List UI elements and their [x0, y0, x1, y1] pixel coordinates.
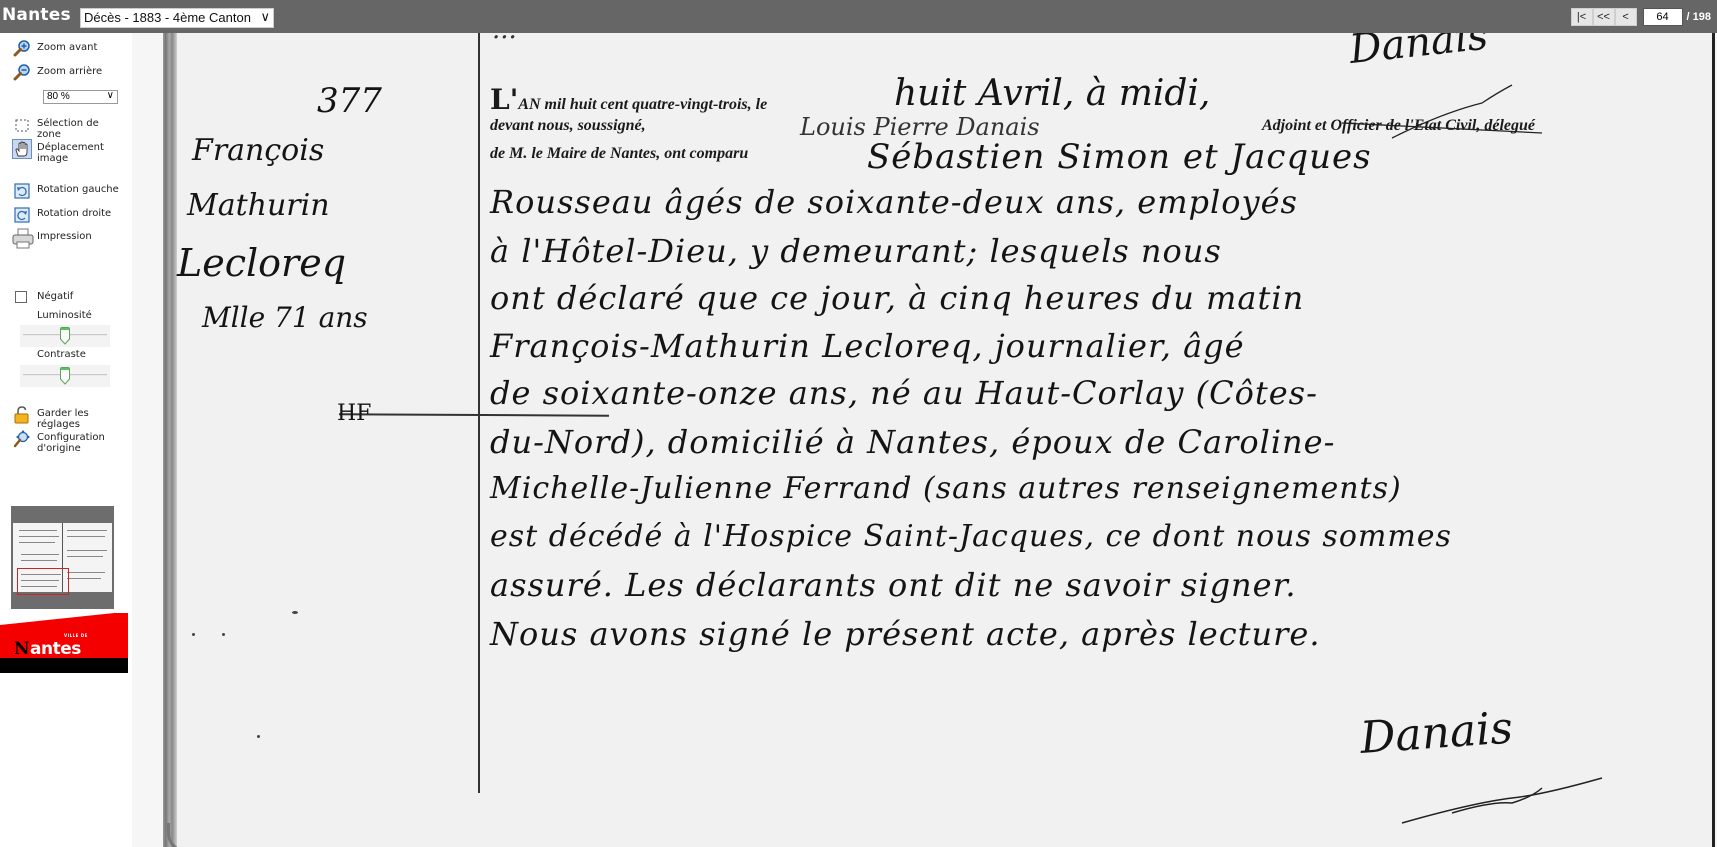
rotate-left-icon [12, 181, 32, 201]
thumbnail-text [19, 536, 59, 537]
deceased-second-name: Mathurin [187, 188, 330, 223]
first-page-button[interactable]: |< [1571, 8, 1593, 26]
deceased-first-name: François [192, 133, 324, 168]
margin-mark: HF [337, 401, 371, 426]
page-corner [167, 823, 207, 847]
brightness-slider[interactable] [20, 325, 110, 347]
print-tool[interactable]: Impression [12, 228, 92, 248]
selection-icon [12, 115, 32, 135]
act-line: assuré. Les déclarants ont dit ne savoir… [490, 566, 1297, 604]
top-bar: Nantes Décès - 1883 - 4ème Canton ∨ |< <… [0, 0, 1717, 33]
rotate-right-tool[interactable]: Rotation droite [12, 205, 111, 225]
hand-icon [12, 139, 32, 159]
act-line: Rousseau âgés de soixante-deux ans, empl… [490, 183, 1298, 221]
thumbnail-text [67, 530, 107, 531]
zoom-level-select[interactable]: 80 % ∨ [43, 90, 118, 104]
officer-signature: Danais [1358, 702, 1514, 764]
contrast-slider[interactable] [20, 365, 110, 387]
printed-line-3: de M. le Maire de Nantes, ont comparu [490, 145, 748, 163]
signature-flourish [1392, 773, 1612, 833]
logo-mark: N [14, 639, 25, 659]
printed-line-2: devant nous, soussigné, [490, 117, 646, 135]
page-total: / 198 [1683, 8, 1713, 26]
reset-zoom-icon [12, 429, 32, 449]
zoom-out-label: Zoom arrière [37, 63, 102, 77]
act-line: de soixante-onze ans, né au Haut-Corlay … [490, 374, 1318, 412]
ink-speck [292, 611, 298, 614]
reset-label: Configuration d'origine [37, 429, 117, 454]
thumbnail-text [67, 556, 103, 557]
act-line: François-Mathurin Lecloreq, journalier, … [490, 327, 1245, 365]
contrast-thumb[interactable] [60, 367, 70, 385]
zoom-in-label: Zoom avant [37, 39, 97, 53]
margin-rule [478, 33, 480, 793]
handwritten-date: huit Avril, à midi, [894, 73, 1210, 114]
deceased-surname: Lecloreq [177, 241, 346, 285]
act-line: Michelle-Julienne Ferrand (sans autres r… [490, 471, 1402, 506]
previous-act-fragment: ... [492, 33, 517, 45]
ville-de-nantes-logo: N VILLE DE antes [0, 613, 128, 673]
page-binding-edge [163, 33, 177, 847]
chevron-down-icon: ∨ [260, 9, 270, 25]
keep-settings-tool[interactable]: Garder les réglages [12, 405, 107, 430]
zoom-out-tool[interactable]: Zoom arrière [12, 63, 102, 83]
act-line: ont déclaré que ce jour, à cinq heures d… [490, 279, 1304, 317]
document-viewer[interactable]: ... Danais 377 François Mathurin Leclore… [132, 33, 1717, 847]
reset-tool[interactable]: Configuration d'origine [12, 429, 117, 454]
logo-small-text: VILLE DE [64, 633, 88, 638]
thumbnail-text [21, 554, 59, 555]
register-select[interactable]: Décès - 1883 - 4ème Canton ∨ [80, 8, 274, 28]
thumbnail-text [67, 578, 101, 579]
printed-line-1: L'AN mil huit cent quatre-vingt-trois, l… [490, 83, 767, 116]
contrast-label: Contraste [37, 349, 86, 360]
logo-text: antes [30, 639, 81, 659]
chevron-down-icon: ∨ [107, 90, 114, 102]
rotate-left-tool[interactable]: Rotation gauche [12, 181, 119, 201]
page-right-edge [1712, 33, 1715, 847]
act-line: à l'Hôtel-Dieu, y demeurant; lesquels no… [490, 232, 1222, 270]
printed-line-1-text: AN mil huit cent quatre-vingt-trois, le [518, 96, 767, 113]
printer-icon [12, 228, 32, 248]
act-line: est décédé à l'Hospice Saint-Jacques, ce… [490, 519, 1452, 554]
thumbnail-text [19, 530, 57, 531]
rotate-left-label: Rotation gauche [37, 181, 119, 195]
zoom-level-value: 80 % [47, 91, 70, 102]
rotate-right-icon [12, 205, 32, 225]
thumbnail-text [67, 550, 107, 551]
negative-label: Négatif [37, 291, 73, 302]
pan-tool[interactable]: Déplacement image [12, 139, 107, 164]
zoom-in-icon [12, 39, 32, 59]
act-line: du-Nord), domicilié à Nantes, époux de C… [490, 423, 1335, 461]
negative-checkbox[interactable] [15, 291, 27, 303]
act-number: 377 [317, 81, 382, 121]
thumbnail-text [21, 560, 57, 561]
logo-black-band [0, 658, 128, 673]
ink-speck [192, 633, 195, 636]
thumbnail-viewport-frame[interactable] [17, 568, 69, 595]
page-navigator: |< << < 64 / 198 [1571, 8, 1713, 26]
previous-page-button[interactable]: < [1615, 8, 1637, 26]
thumbnail-text [67, 572, 105, 573]
zone-select-label: Sélection de zone [37, 115, 107, 140]
zoom-out-icon [12, 63, 32, 83]
rotate-right-label: Rotation droite [37, 205, 111, 219]
act-line: Sébastien Simon et Jacques [867, 137, 1372, 177]
app-title: Nantes [2, 5, 71, 25]
ink-speck [257, 735, 260, 738]
register-select-value: Décès - 1883 - 4ème Canton [84, 10, 251, 25]
keep-settings-label: Garder les réglages [37, 405, 107, 430]
deceased-note: Mlle 71 ans [202, 301, 368, 334]
brightness-thumb[interactable] [60, 327, 70, 345]
act-line: Nous avons signé le présent acte, après … [490, 615, 1321, 653]
page-number-input[interactable]: 64 [1643, 8, 1683, 26]
zoom-in-tool[interactable]: Zoom avant [12, 39, 97, 59]
zone-select-tool[interactable]: Sélection de zone [12, 115, 107, 140]
printed-dropcap: L' [490, 83, 518, 116]
back-fast-button[interactable]: << [1593, 8, 1615, 26]
ink-speck [222, 633, 225, 636]
page-thumbnail[interactable] [11, 506, 114, 609]
pan-label: Déplacement image [37, 139, 107, 164]
brightness-label: Luminosité [37, 310, 92, 321]
print-label: Impression [37, 228, 92, 242]
thumbnail-text [67, 536, 105, 537]
thumbnail-text [19, 542, 55, 543]
padlock-icon [12, 405, 32, 425]
previous-signature-flourish [1332, 83, 1552, 143]
tool-sidebar: Zoom avant Zoom arrière 80 % ∨ Sélection… [0, 33, 132, 847]
